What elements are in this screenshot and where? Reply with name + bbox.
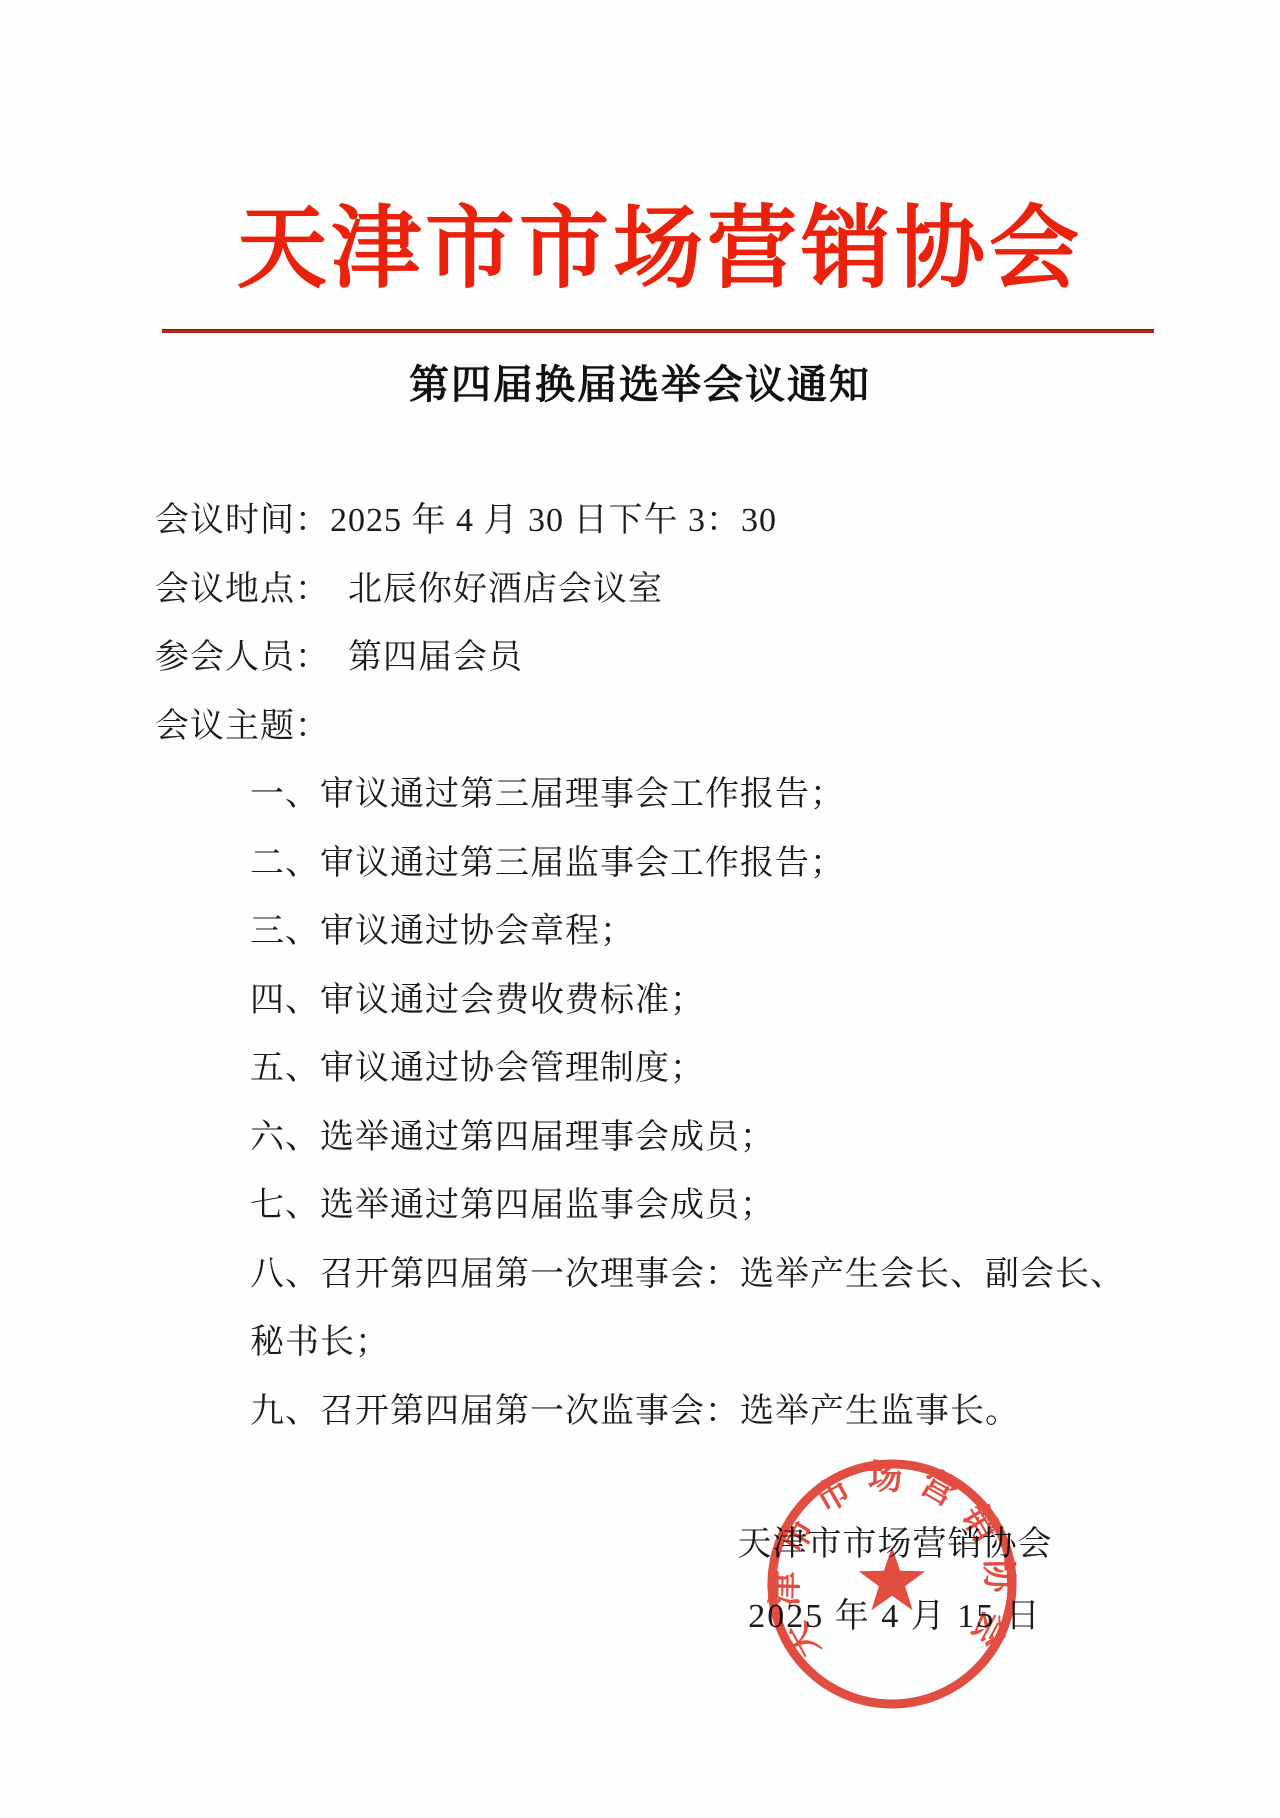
agenda-item-2: 二、审议通过第三届监事会工作报告； [250, 830, 1215, 899]
agenda-item-7: 七、选举通过第四届监事会成员； [250, 1172, 1215, 1241]
agenda-item-4: 四、审议通过会费收费标准； [250, 967, 1215, 1036]
agenda-item-1: 一、审议通过第三届理事会工作报告； [250, 761, 1215, 830]
agenda-item-8-continuation: 秘书长； [250, 1309, 1215, 1378]
seal-star-icon [859, 1547, 926, 1610]
header-divider-rule [162, 329, 1154, 333]
agenda-item-6: 六、选举通过第四届理事会成员； [250, 1104, 1215, 1173]
notice-body: 会议时间：2025 年 4 月 30 日下午 3：30 会议地点： 北辰你好酒店… [155, 487, 1215, 1446]
notice-title: 第四届换届选举会议通知 [0, 353, 1280, 417]
scanned-notice-document: 天津市市场营销协会 第四届换届选举会议通知 会议时间：2025 年 4 月 30… [0, 0, 1280, 1818]
meeting-time-value: 2025 年 4 月 30 日下午 3：30 [330, 502, 777, 539]
info-line-topics: 会议主题： [155, 693, 1215, 762]
agenda-item-3: 三、审议通过协会章程； [250, 898, 1215, 967]
organization-title: 天津市市场营销协会 [0, 168, 1280, 332]
attendees-label: 参会人员： [155, 639, 313, 676]
meeting-place-label: 会议地点： [155, 571, 313, 608]
agenda-item-8: 八、召开第四届第一次理事会：选举产生会长、副会长、 [250, 1241, 1215, 1310]
meeting-place-value: 北辰你好酒店会议室 [313, 571, 663, 608]
meeting-time-label: 会议时间： [155, 502, 330, 539]
attendees-value: 第四届会员 [313, 639, 523, 676]
official-seal: 天津市市场营销协会 [757, 1449, 1027, 1719]
info-line-meeting-place: 会议地点： 北辰你好酒店会议室 [155, 556, 1215, 625]
info-line-meeting-time: 会议时间：2025 年 4 月 30 日下午 3：30 [155, 487, 1215, 556]
agenda-item-9: 九、召开第四届第一次监事会：选举产生监事长。 [250, 1378, 1215, 1447]
info-line-attendees: 参会人员： 第四届会员 [155, 624, 1215, 693]
topics-label: 会议主题： [155, 708, 330, 745]
agenda-item-5: 五、审议通过协会管理制度； [250, 1035, 1215, 1104]
